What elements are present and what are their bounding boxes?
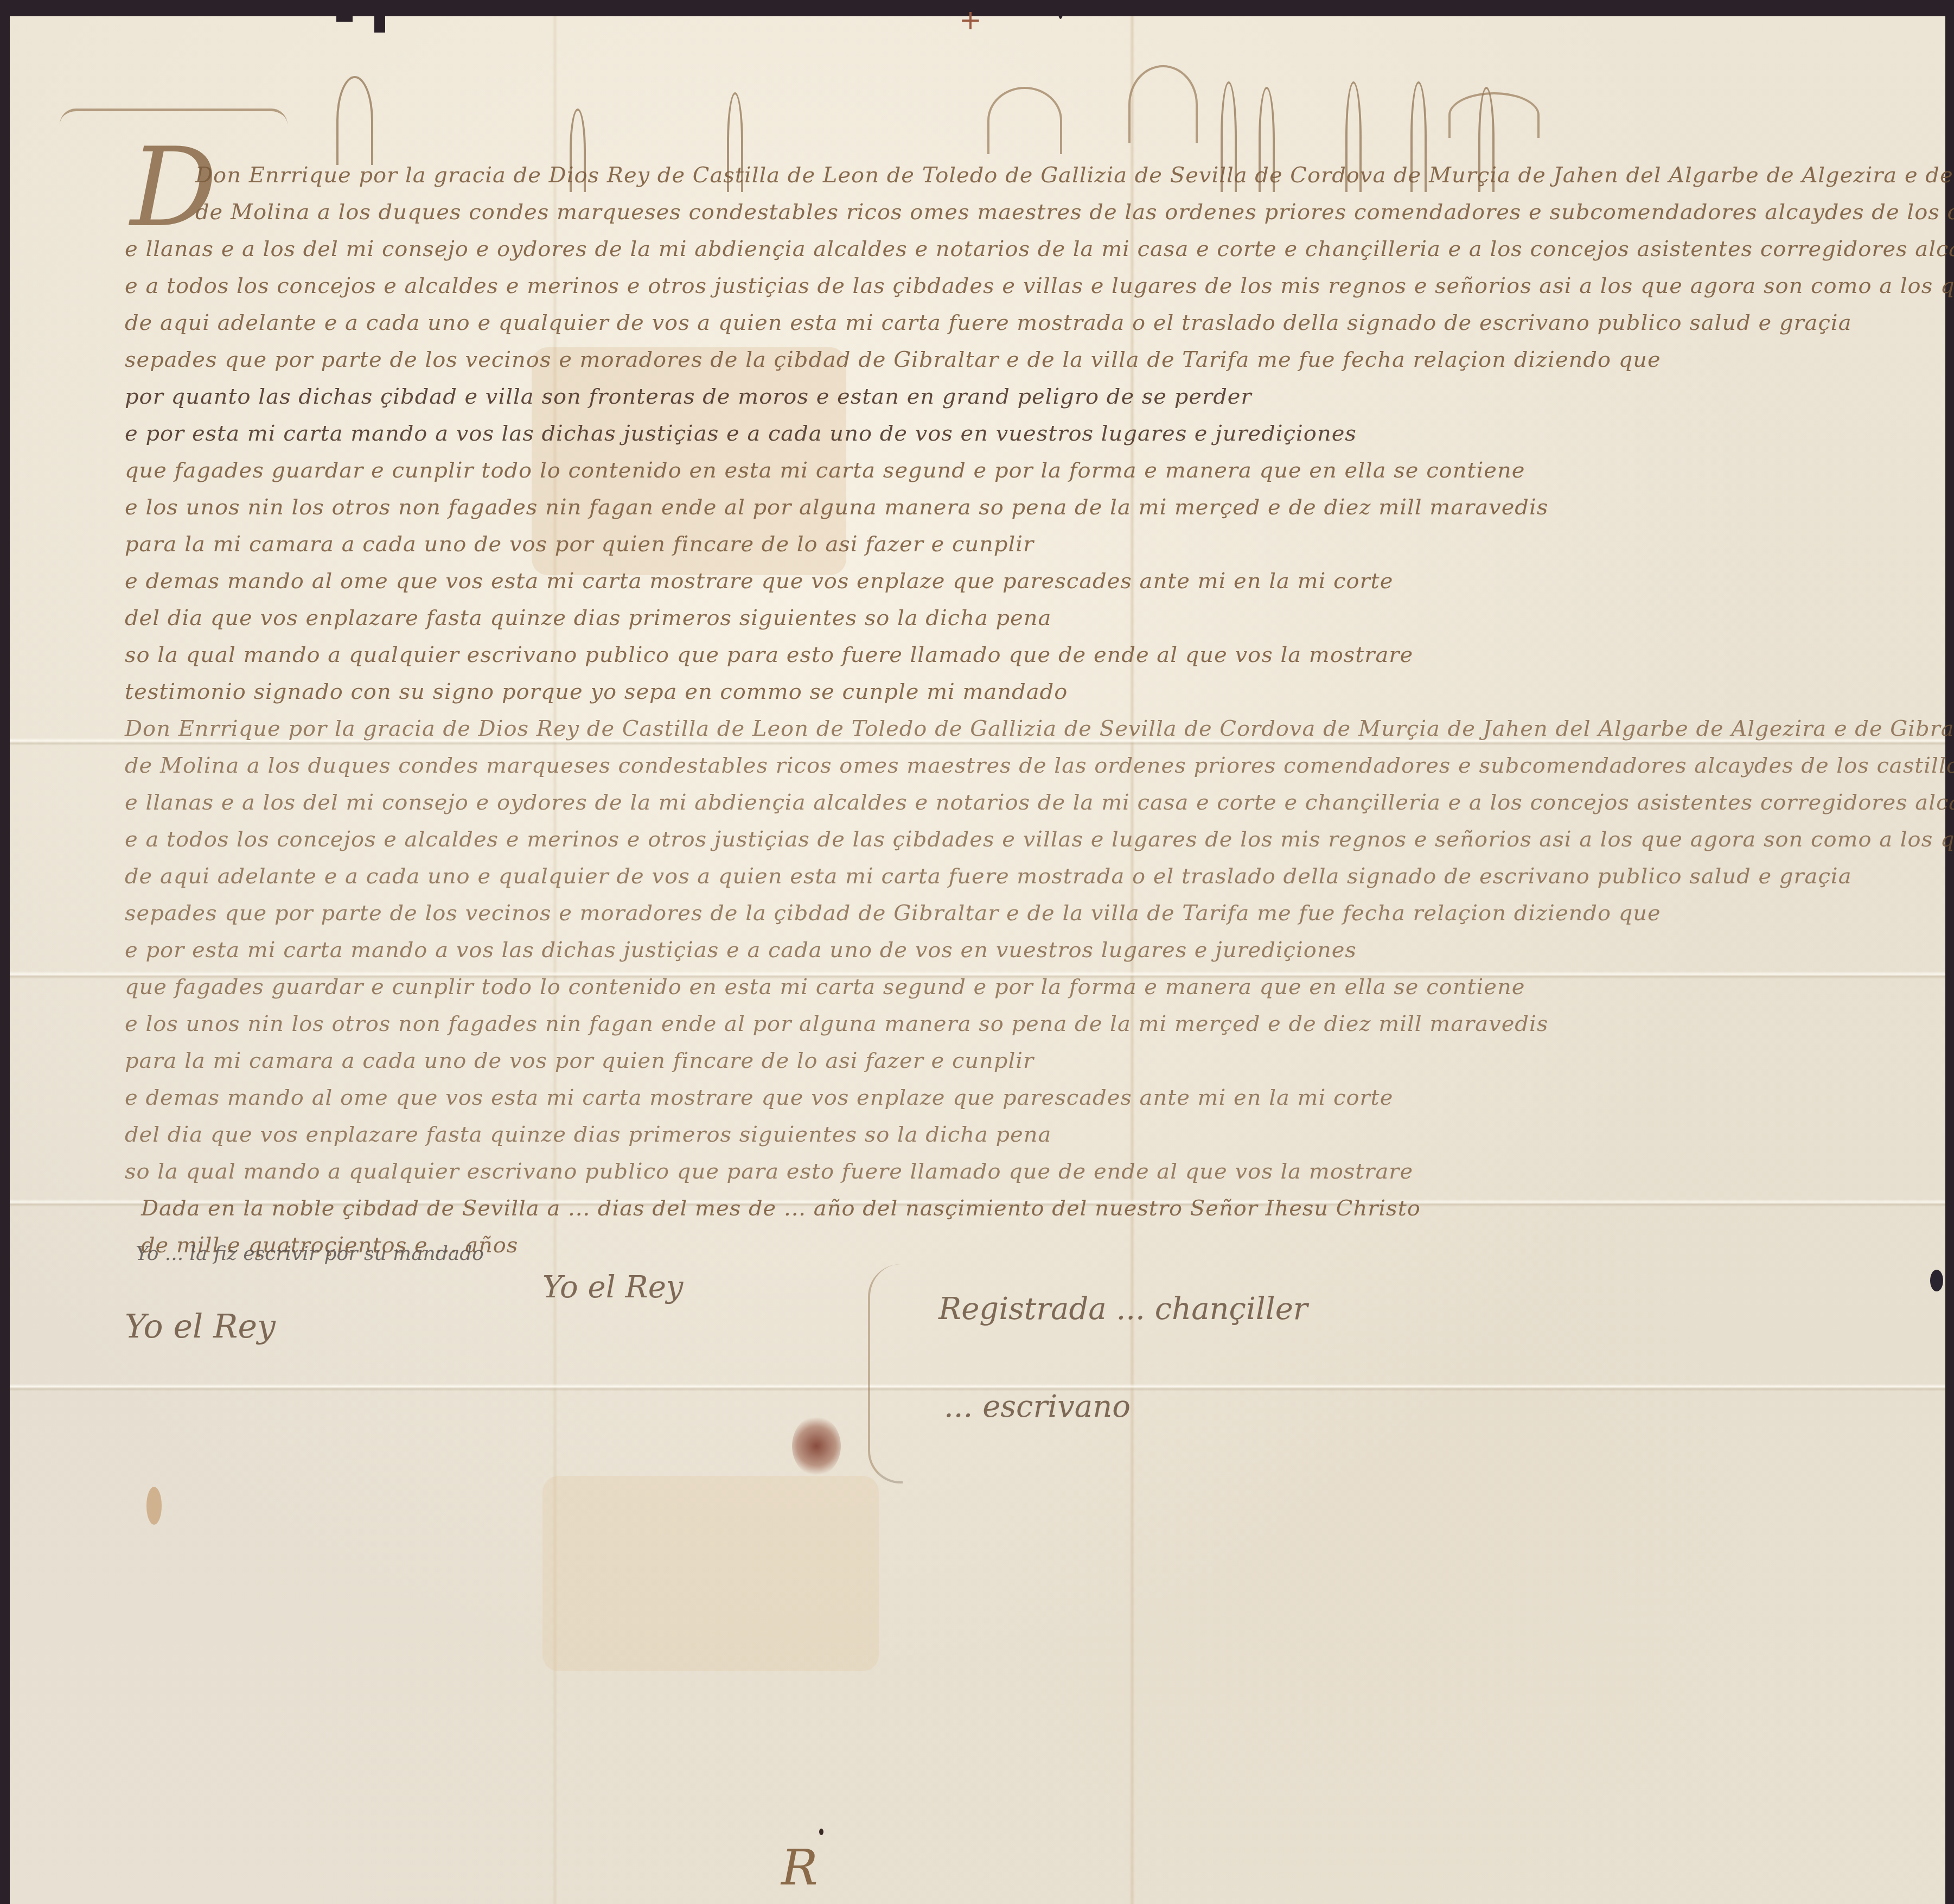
initial-letter: D — [130, 125, 217, 251]
stain-spot — [146, 1487, 162, 1525]
ink-dot — [1930, 1270, 1943, 1291]
text-line: de Molina a los duques condes marqueses … — [195, 200, 1954, 225]
bottom-mark: R — [781, 1839, 818, 1896]
signature-flourish — [868, 1264, 903, 1483]
text-line: e llanas e a los del mi consejo e oydore… — [125, 790, 1954, 815]
text-line: e a todos los concejos e alcaldes e meri… — [125, 827, 1954, 852]
text-line: de Molina a los duques condes marqueses … — [125, 753, 1954, 778]
text-line: testimonio signado con su signo porque y… — [125, 679, 1068, 704]
cross-mark: + — [959, 4, 982, 36]
text-line: e los unos nin los otros non fagades nin… — [125, 1011, 1548, 1036]
stain — [542, 1476, 879, 1671]
ascender-stroke — [336, 76, 373, 165]
text-line: so la qual mando a qualquier escrivano p… — [125, 642, 1413, 667]
text-line: e llanas e a los del mi consejo e oydore… — [125, 237, 1954, 262]
text-line: e por esta mi carta mando a vos las dich… — [125, 938, 1357, 963]
text-line: sepades que por parte de los vecinos e m… — [125, 347, 1661, 372]
text-line: sepades que por parte de los vecinos e m… — [125, 901, 1661, 926]
signature-scribe: ... escrivano — [944, 1389, 1131, 1424]
text-line: so la qual mando a qualquier escrivano p… — [125, 1159, 1413, 1184]
text-line: que fagades guardar e cunplir todo lo co… — [125, 975, 1525, 999]
ink-blot — [792, 1416, 841, 1476]
ink-dot — [819, 1829, 823, 1835]
signature-left-rubric: Yo ... la fiz escrivir por su mandado — [136, 1243, 484, 1265]
text-line: de aqui adelante e a cada uno e qualquie… — [125, 310, 1852, 335]
text-line: por quanto las dichas çibdad e villa son… — [125, 384, 1252, 409]
text-line: del dia que vos enplazare fasta quinze d… — [125, 606, 1051, 631]
text-line: Don Enrrique por la gracia de Dios Rey d… — [125, 716, 1954, 741]
text-line: Don Enrrique por la gracia de Dios Rey d… — [195, 163, 1954, 188]
signature-king: Yo el Rey — [125, 1308, 276, 1346]
text-line: e los unos nin los otros non fagades nin… — [125, 495, 1548, 520]
signature-registry: Registrada ... chançiller — [938, 1291, 1308, 1327]
text-line: e demas mando al ome que vos esta mi car… — [125, 569, 1393, 594]
text-line: e demas mando al ome que vos esta mi car… — [125, 1085, 1393, 1110]
header-flourish — [1448, 92, 1540, 138]
torn-edge — [1058, 0, 1063, 19]
text-line: que fagades guardar e cunplir todo lo co… — [125, 458, 1525, 483]
text-line: de aqui adelante e a cada uno e qualquie… — [125, 864, 1852, 889]
text-line: para la mi camara a cada uno de vos por … — [125, 1048, 1034, 1073]
text-line: para la mi camara a cada uno de vos por … — [125, 532, 1034, 557]
text-line: e por esta mi carta mando a vos las dich… — [125, 421, 1357, 446]
text-line: Dada en la noble çibdad de Sevilla a ...… — [141, 1196, 1421, 1221]
torn-edge — [336, 0, 353, 22]
header-flourish — [987, 87, 1062, 154]
signature-secretary: Yo el Rey — [542, 1270, 683, 1305]
torn-edge — [374, 0, 385, 33]
header-flourish — [1128, 65, 1198, 143]
text-line: del dia que vos enplazare fasta quinze d… — [125, 1122, 1051, 1147]
text-line: e a todos los concejos e alcaldes e meri… — [125, 273, 1954, 298]
